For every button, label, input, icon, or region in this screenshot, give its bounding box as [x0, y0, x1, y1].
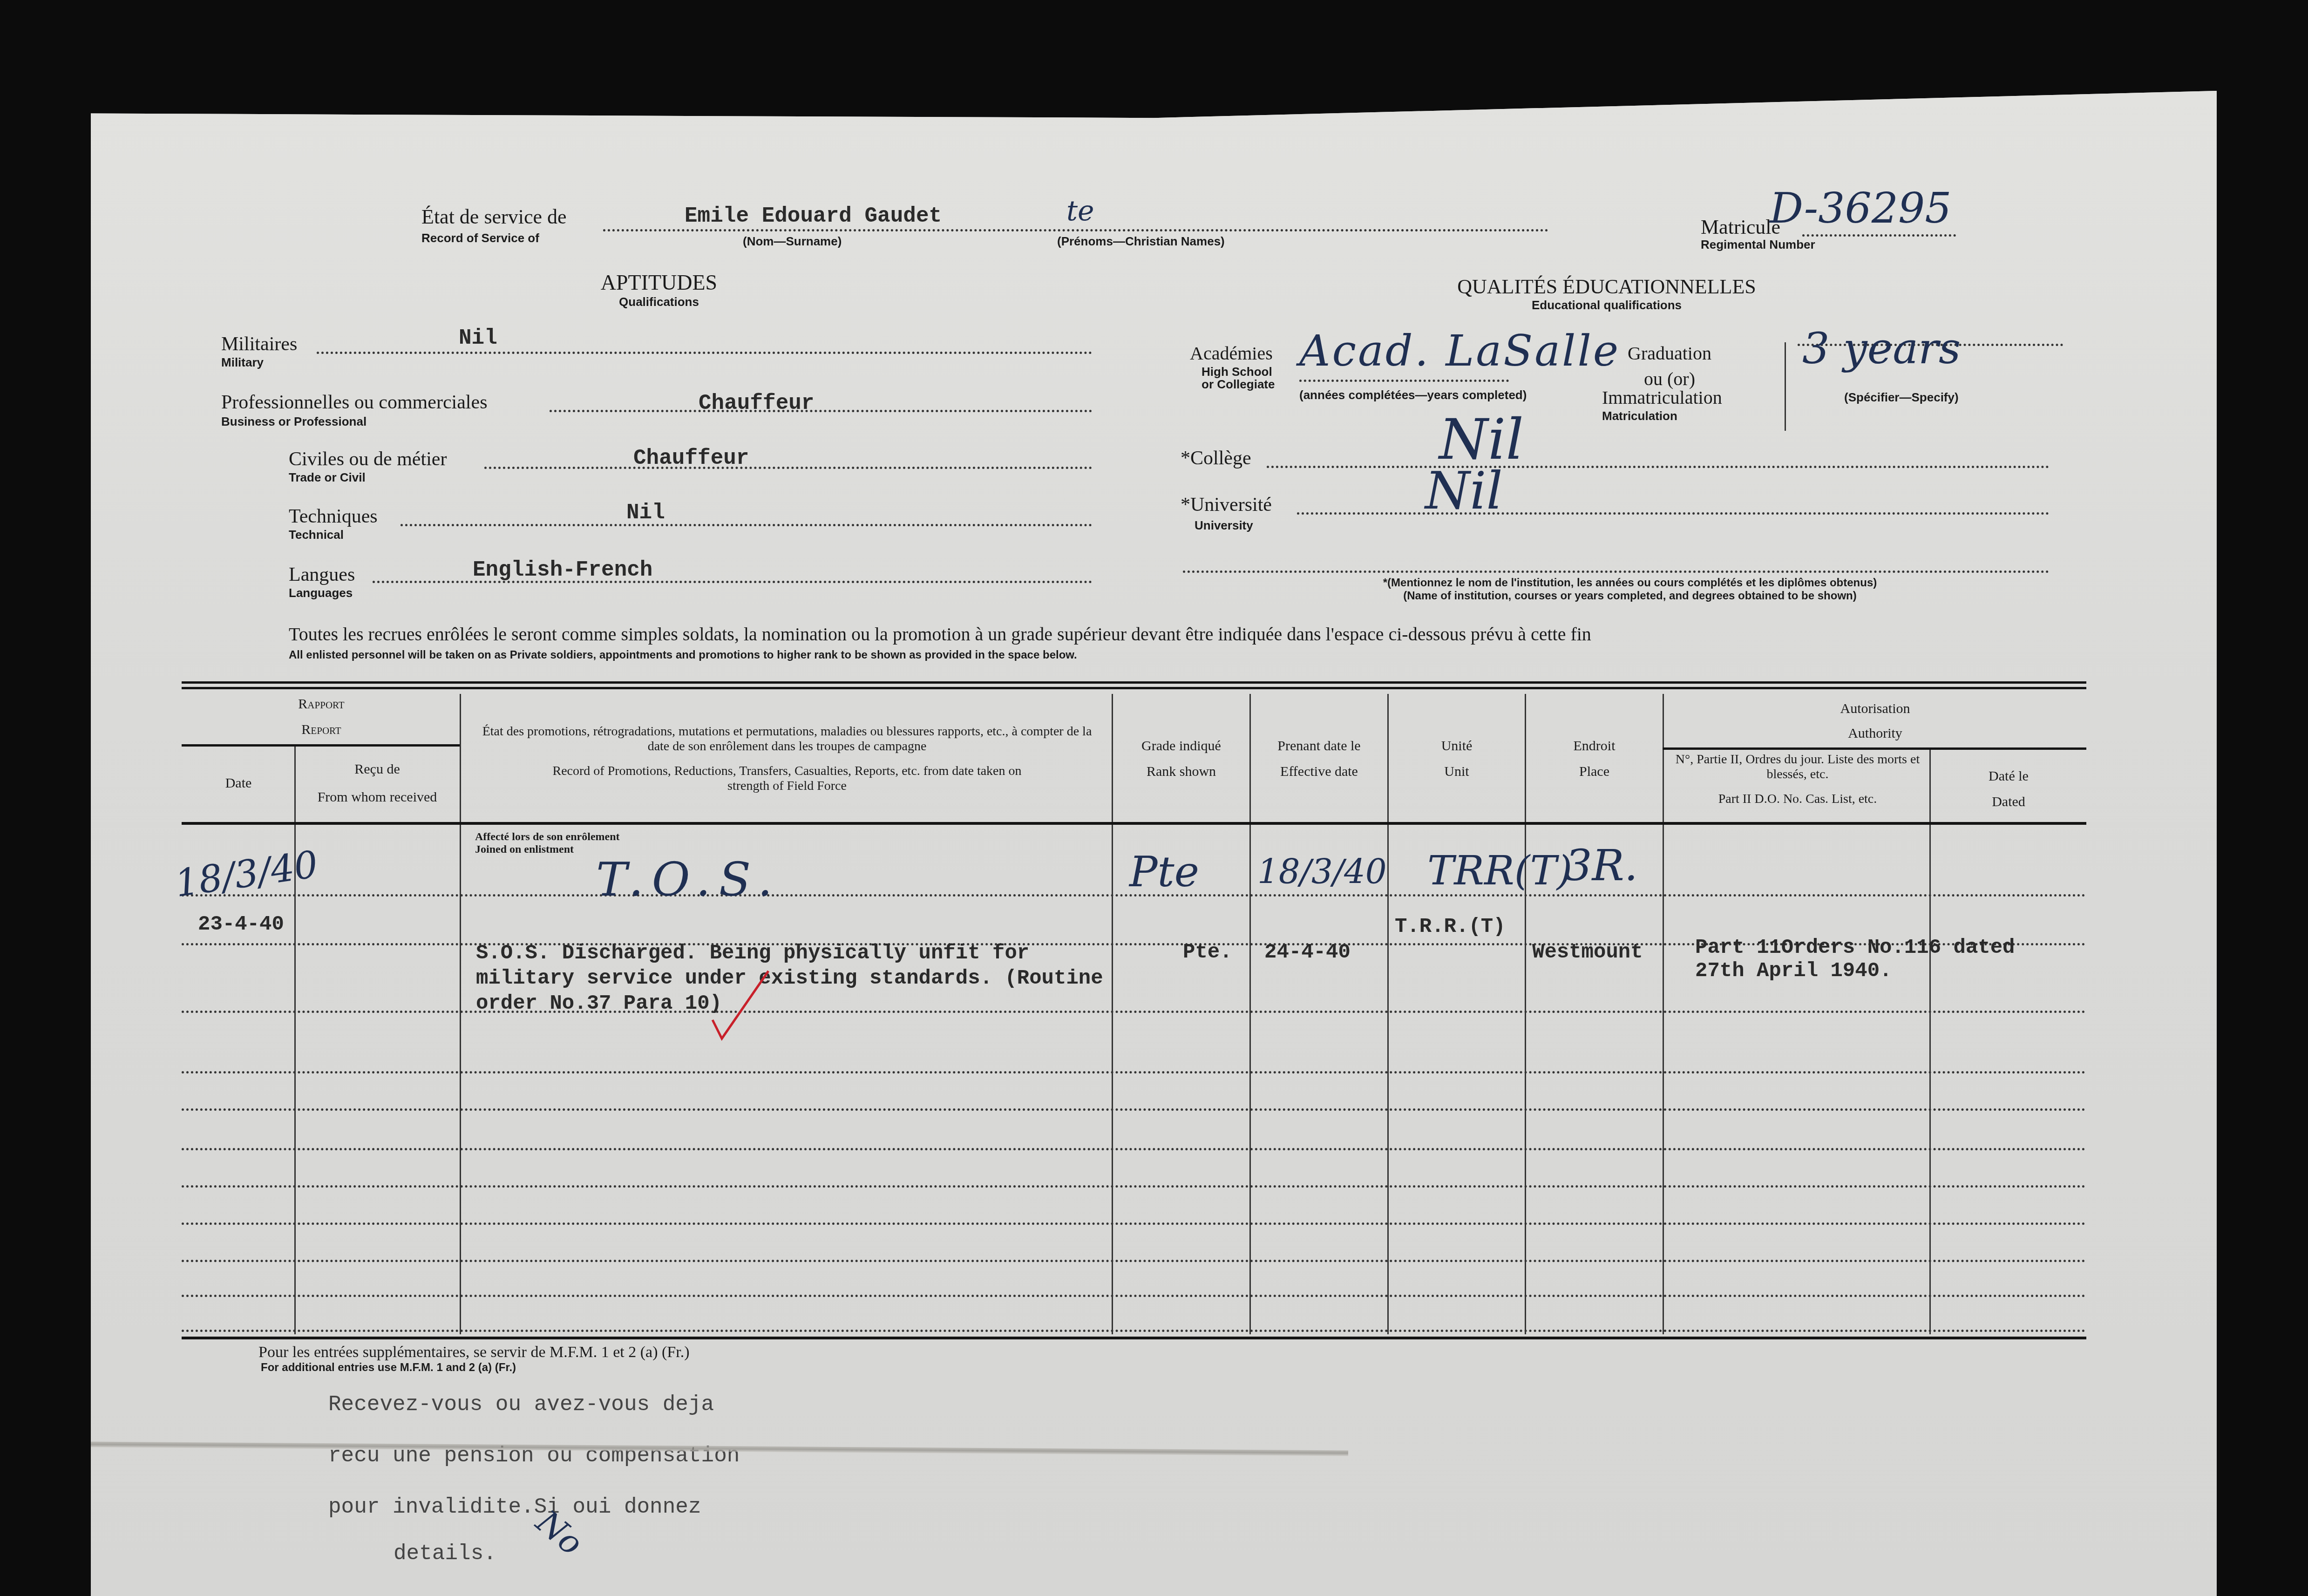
years-completed-label: (années complétées—years completed) [1299, 389, 1527, 401]
row-record: S.O.S. Discharged. Being physically unfi… [476, 941, 1109, 1016]
aptitude-label-en: Military [221, 356, 264, 368]
row-line [182, 1295, 2086, 1297]
academies-label-en-2: or Collegiate [1202, 378, 1275, 390]
row-part2: Part 11Orders No.116 dated 27th April 19… [1695, 936, 2068, 983]
row-line [182, 1222, 2086, 1225]
university-value: Nil [1425, 461, 1503, 521]
col-header-dated-fr: Daté le [1931, 768, 2086, 785]
row-record: T.O.S. [596, 852, 781, 907]
report-group-en: Report [261, 722, 382, 738]
additional-entries-fr: Pour les entrées supplémentaires, se ser… [258, 1344, 689, 1361]
aptitude-label-fr: Militaires [221, 333, 297, 355]
dotted-line [401, 524, 1092, 526]
col-header-part2-en: Part II D.O. No. Cas. List, etc. [1704, 792, 1891, 807]
col-header-record-fr: État des promotions, rétrogradations, mu… [470, 724, 1104, 754]
col-divider [1929, 750, 1931, 1334]
aptitude-label-fr: Professionnelles ou commerciales [221, 391, 488, 414]
aptitude-value: English-French [473, 558, 652, 582]
col-header-dated-en: Dated [1931, 794, 2086, 810]
university-label-fr: *Université [1181, 494, 1272, 516]
immatriculation-label: Immatriculation [1602, 387, 1722, 408]
row-line [182, 1011, 2086, 1013]
row-line [182, 1185, 2086, 1188]
joined-label-fr: Affecté lors de son enrôlement [475, 831, 620, 842]
row-line [182, 1260, 2086, 1262]
table-top-rule-1 [182, 681, 2086, 684]
name-dotted-line [603, 229, 1548, 231]
notice-en: All enlisted personnel will be taken on … [289, 650, 1077, 661]
joined-label-en: Joined on enlistment [475, 844, 574, 855]
aptitude-value: Chauffeur [699, 391, 814, 415]
dotted-line [317, 352, 1092, 354]
report-group-fr: Rapport [261, 696, 382, 713]
university-label-en: University [1195, 519, 1253, 531]
col-header-part2-fr: N°, Partie II, Ordres du jour. Liste des… [1670, 752, 1926, 782]
red-checkmark-icon [708, 969, 773, 1043]
pension-question-line-3: pour invalidite.Si oui donnez [328, 1495, 701, 1519]
col-header-unit-en: Unit [1389, 764, 1525, 780]
col-header-effective-fr: Prenant date le [1251, 738, 1387, 754]
academies-label-en-1: High School [1202, 366, 1272, 378]
academies-dotted-line [1299, 380, 1509, 382]
col-divider [1525, 694, 1526, 1334]
row-effective: 24-4-40 [1264, 941, 1351, 964]
authority-subheader-rule [1663, 747, 2086, 750]
row-unit: T.R.R.(T) [1395, 915, 1506, 938]
education-footnote-fr: *(Mentionnez le nom de l'institution, le… [1211, 577, 2049, 589]
pension-question-line-1: Recevez-vous ou avez-vous deja [328, 1392, 714, 1417]
name-typed: Emile Edouard Gaudet [685, 204, 942, 228]
pension-question-line-4: details. [394, 1542, 496, 1566]
col-header-date: Date [183, 775, 294, 792]
aptitude-label-en: Trade or Civil [289, 471, 366, 483]
record-of-service-fr: État de service de [421, 205, 567, 229]
col-divider [1663, 694, 1664, 1334]
aptitude-label-fr: Langues [289, 564, 355, 586]
col-header-record-en: Record of Promotions, Reductions, Transf… [540, 764, 1034, 794]
row-line [182, 1330, 2086, 1332]
table-top-rule-2 [182, 687, 2086, 689]
table-bottom-rule [182, 1337, 2086, 1339]
education-title: QUALITÉS ÉDUCATIONNELLES [1397, 275, 1816, 299]
additional-entries-en: For additional entries use M.F.M. 1 and … [261, 1362, 516, 1373]
matriculation-label: Matriculation [1602, 410, 1677, 422]
row-line [182, 1148, 2086, 1150]
col-header-received-en: From whom received [296, 789, 459, 806]
notice-fr: Toutes les recrues enrôlées le seront co… [289, 623, 1591, 645]
row-place: 3R. [1565, 841, 1638, 890]
col-divider [294, 745, 296, 1334]
dotted-line [484, 467, 1092, 469]
col-header-place-fr: Endroit [1526, 738, 1663, 754]
university-dotted-line [1297, 512, 2049, 515]
aptitude-value: Chauffeur [633, 446, 749, 470]
christian-names-label: (Prénoms—Christian Names) [1057, 235, 1225, 247]
extra-education-dotted-line [1183, 570, 2049, 573]
name-handwritten-suffix: te [1066, 195, 1094, 227]
academies-label-fr: Académies [1190, 342, 1273, 364]
graduation-label: Graduation [1628, 342, 1711, 364]
academies-value: Acad. LaSalle [1299, 326, 1620, 376]
col-header-effective-en: Effective date [1251, 764, 1387, 780]
aptitudes-subtitle: Qualifications [536, 296, 782, 308]
col-divider [1387, 694, 1389, 1334]
regimental-dotted-line [1802, 234, 1956, 237]
specify-label: (Spécifier—Specify) [1844, 391, 1959, 403]
dotted-line [550, 410, 1092, 412]
aptitude-label-en: Business or Professional [221, 415, 367, 428]
surname-label: (Nom—Surname) [743, 235, 842, 247]
row-rank: Pte. [1183, 941, 1232, 964]
row-effective: 18/3/40 [1257, 852, 1387, 891]
aptitude-value: Nil [459, 326, 497, 350]
record-of-service-en: Record of Service of [421, 232, 539, 244]
college-label: *Collège [1181, 447, 1251, 469]
col-header-authority-en: Authority [1664, 726, 2086, 742]
aptitude-label-en: Technical [289, 529, 344, 541]
col-header-rank-fr: Grade indiqué [1113, 738, 1249, 754]
regimental-label-fr: Matricule [1701, 215, 1780, 239]
col-header-unit-fr: Unité [1389, 738, 1525, 754]
regimental-number: D-36295 [1770, 184, 1952, 233]
row-rank: Pte [1129, 848, 1199, 896]
row-date: 23-4-40 [198, 913, 284, 936]
report-subheader-rule [182, 744, 460, 747]
aptitude-label-en: Languages [289, 587, 353, 599]
col-divider [1249, 694, 1251, 1334]
col-divider [460, 694, 461, 1334]
aptitude-label-fr: Civiles ou de métier [289, 448, 447, 470]
bracket-divider [1785, 342, 1786, 431]
col-header-rank-en: Rank shown [1113, 764, 1249, 780]
col-divider [1112, 694, 1113, 1334]
college-dotted-line [1267, 466, 2049, 468]
row-unit: TRR(T) [1427, 848, 1572, 894]
aptitude-label-fr: Techniques [289, 505, 378, 528]
education-footnote-en: (Name of institution, courses or years c… [1211, 591, 2049, 602]
row-line [182, 1108, 2086, 1111]
regimental-label-en: Regimental Number [1701, 238, 1815, 251]
aptitude-value: Nil [626, 501, 665, 525]
col-header-received-fr: Reçu de [296, 761, 459, 778]
specify-value: 3 years [1802, 324, 1961, 374]
aptitudes-title: APTITUDES [536, 270, 782, 295]
col-header-authority-fr: Autorisation [1664, 701, 2086, 717]
header-bottom-rule [182, 822, 2086, 825]
row-line [182, 1071, 2086, 1073]
col-header-place-en: Place [1526, 764, 1663, 780]
row-place: Westmount [1532, 941, 1643, 964]
education-subtitle: Educational qualifications [1397, 299, 1816, 311]
